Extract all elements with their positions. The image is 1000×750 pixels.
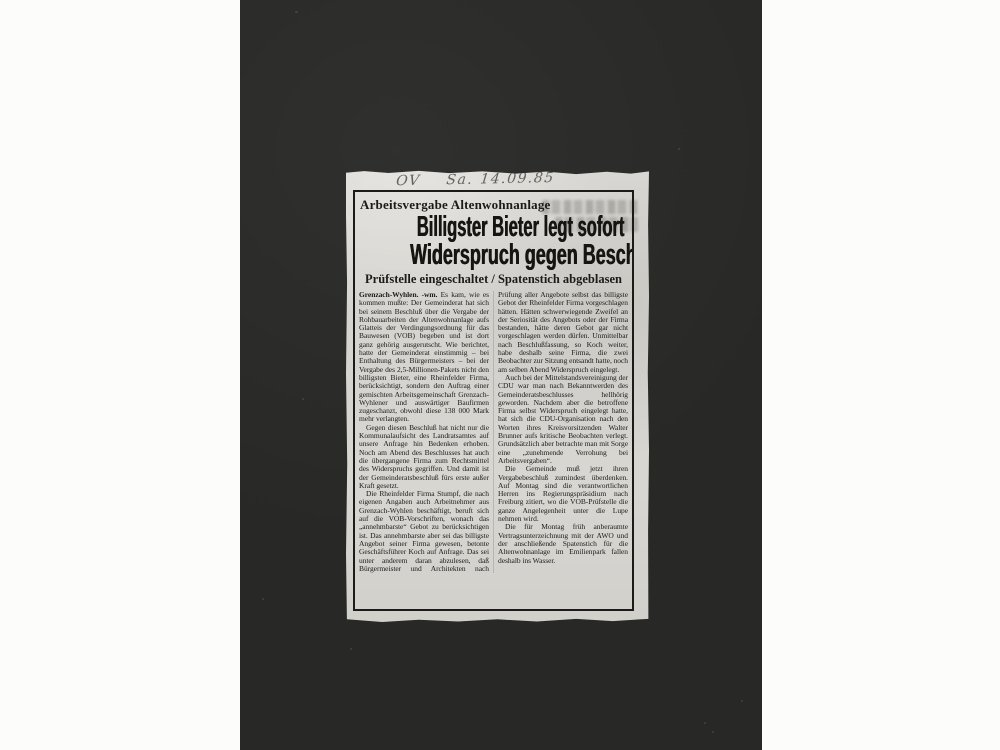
paragraph-text: Es kam, wie es kommen mußte: Der Gemeind… <box>359 290 489 423</box>
article-paragraph: Gegen diesen Beschluß hat nicht nur die … <box>359 424 489 490</box>
handwritten-date-annotation: OVSa.14.09.85 <box>395 169 617 192</box>
dust-speck <box>678 148 680 150</box>
article-headline: Billigster Bieter legt sofort Widerspruc… <box>359 214 628 268</box>
article-paragraph: Die für Montag früh anberaumte Vertragsu… <box>498 523 628 564</box>
dust-speck <box>302 398 304 400</box>
article-kicker: Arbeitsvergabe Altenwohnanlage <box>360 198 628 212</box>
dust-speck <box>295 11 298 13</box>
handwritten-day: Sa. <box>446 172 475 189</box>
article-paragraph: Grenzach-Wyhlen. -wm. Es kam, wie es kom… <box>359 291 489 424</box>
article-subhead: Prüfstelle eingeschaltet / Spatenstich a… <box>359 272 628 286</box>
article-paragraph: Auch bei der Mittelstandsvereinigung der… <box>498 374 628 465</box>
article-frame: Arbeitsvergabe Altenwohnanlage Billigste… <box>353 190 634 611</box>
dust-speck <box>704 722 706 724</box>
scan-page: OVSa.14.09.85 Arbeitsvergabe Altenwohnan… <box>0 0 1000 750</box>
newspaper-clipping: OVSa.14.09.85 Arbeitsvergabe Altenwohnan… <box>346 170 649 622</box>
dust-speck <box>262 598 264 600</box>
headline-line-2: Widerspruch gegen Beschluß ein <box>410 242 577 268</box>
article-body: Grenzach-Wyhlen. -wm. Es kam, wie es kom… <box>359 291 628 573</box>
article-paragraph: Die Gemeinde muß jetzt ihren Vergabebesc… <box>498 465 628 523</box>
black-mount-paper: OVSa.14.09.85 Arbeitsvergabe Altenwohnan… <box>240 0 762 750</box>
handwritten-code: OV <box>395 173 421 190</box>
dust-speck <box>712 731 714 733</box>
handwritten-date: 14.09.85 <box>480 170 556 188</box>
dust-speck <box>350 648 352 650</box>
dust-speck <box>741 700 743 702</box>
headline-line-1: Billigster Bieter legt sofort <box>417 214 570 240</box>
